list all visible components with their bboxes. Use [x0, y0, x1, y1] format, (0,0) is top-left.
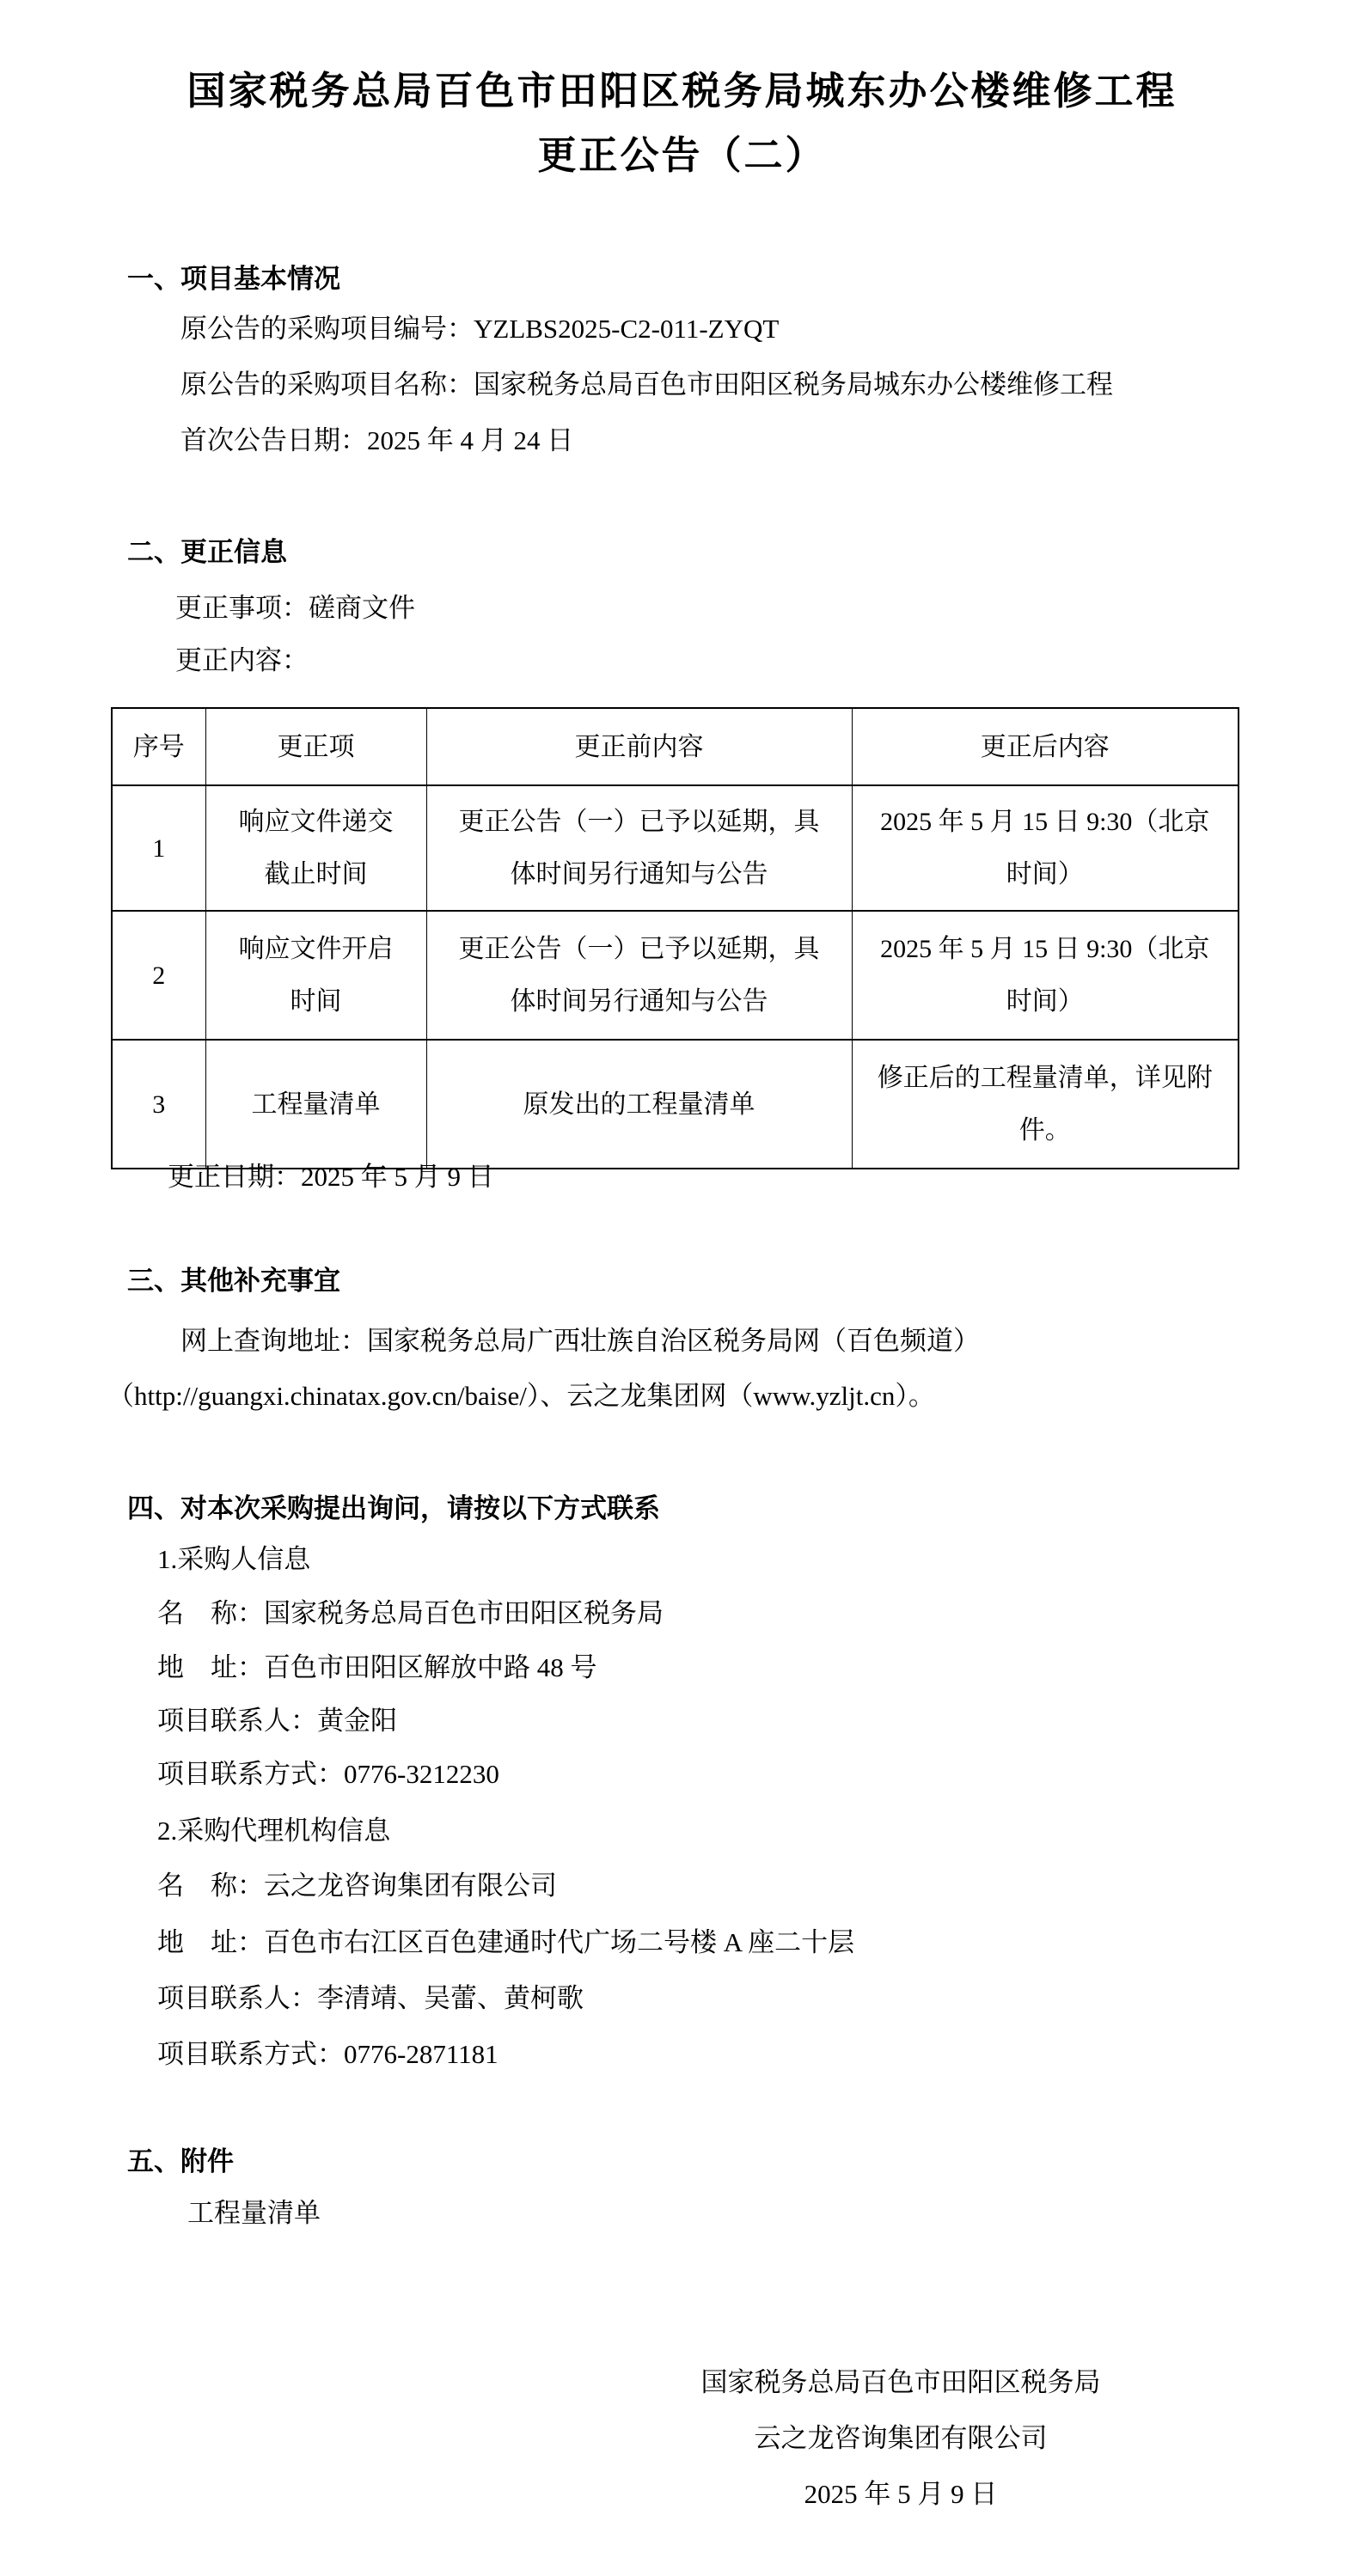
row3-item: 工程量清单	[205, 1040, 426, 1169]
section-1-heading: 一、项目基本情况	[127, 264, 340, 295]
original-project-name: 原公告的采购项目名称：国家税务总局百色市田阳区税务局城东办公楼维修工程	[180, 369, 1113, 400]
row2-after: 2025 年 5 月 15 日 9:30（北京 时间）	[852, 911, 1239, 1040]
section-3-heading: 三、其他补充事宜	[127, 1266, 340, 1297]
agency-address: 地 址：百色市右江区百色建通时代广场二号楼 A 座二十层	[157, 1927, 854, 1958]
original-project-number: 原公告的采购项目编号：YZLBS2025-C2-011-ZYQT	[180, 314, 779, 345]
table-header-row: 序号 更正项 更正前内容 更正后内容	[112, 708, 1239, 785]
table-row: 2 响应文件开启 时间 更正公告（一）已予以延期，具 体时间另行通知与公告 20…	[112, 911, 1239, 1040]
section-4-heading: 四、对本次采购提出询问，请按以下方式联系	[127, 1493, 660, 1524]
footer-agency-org: 云之龙咨询集团有限公司	[686, 2423, 1116, 2454]
col-header-seq: 序号	[112, 708, 205, 785]
col-header-after: 更正后内容	[852, 708, 1239, 785]
announcement-document: 国家税务总局百色市田阳区税务局城东办公楼维修工程 更正公告（二） 一、项目基本情…	[0, 0, 1364, 2576]
table-row: 1 响应文件递交 截止时间 更正公告（一）已予以延期，具 体时间另行通知与公告 …	[112, 785, 1239, 911]
col-header-before: 更正前内容	[426, 708, 852, 785]
online-query-address-line: 网上查询地址：国家税务总局广西壮族自治区税务局网（百色频道）	[180, 1326, 980, 1357]
document-title-line-1: 国家税务总局百色市田阳区税务局城东办公楼维修工程	[0, 72, 1364, 111]
query-url-line: （http://guangxi.chinatax.gov.cn/baise/）、…	[107, 1381, 935, 1412]
purchaser-address: 地 址：百色市田阳区解放中路 48 号	[157, 1652, 597, 1683]
document-title-line-2: 更正公告（二）	[0, 137, 1364, 175]
agency-contact: 项目联系人：李清靖、吴蕾、黄柯歌	[157, 1983, 584, 2014]
row1-before: 更正公告（一）已予以延期，具 体时间另行通知与公告	[426, 785, 852, 911]
row1-item: 响应文件递交 截止时间	[205, 785, 426, 911]
purchaser-info-title: 1.采购人信息	[157, 1544, 310, 1575]
table-row: 3 工程量清单 原发出的工程量清单 修正后的工程量清单，详见附 件。	[112, 1040, 1239, 1169]
footer-purchaser-org: 国家税务总局百色市田阳区税务局	[686, 2367, 1116, 2398]
row2-item: 响应文件开启 时间	[205, 911, 426, 1040]
row3-after: 修正后的工程量清单，详见附 件。	[852, 1040, 1239, 1169]
row1-seq: 1	[112, 785, 205, 911]
row3-seq: 3	[112, 1040, 205, 1169]
row2-seq: 2	[112, 911, 205, 1040]
correction-content-label: 更正内容：	[175, 645, 309, 676]
row1-after: 2025 年 5 月 15 日 9:30（北京 时间）	[852, 785, 1239, 911]
row2-before: 更正公告（一）已予以延期，具 体时间另行通知与公告	[426, 911, 852, 1040]
purchaser-name: 名 称：国家税务总局百色市田阳区税务局	[157, 1598, 664, 1629]
section-2-heading: 二、更正信息	[127, 537, 287, 568]
agency-info-title: 2.采购代理机构信息	[157, 1816, 390, 1847]
purchaser-phone: 项目联系方式：0776-3212230	[157, 1759, 499, 1790]
correction-item-line: 更正事项：磋商文件	[175, 593, 415, 624]
correction-table-wrapper: 序号 更正项 更正前内容 更正后内容 1 响应文件递交 截止时间 更正公告（一）…	[111, 676, 1239, 1200]
purchaser-contact: 项目联系人：黄金阳	[157, 1706, 397, 1737]
correction-date-line: 更正日期：2025 年 5 月 9 日	[168, 1162, 494, 1193]
attachment-name: 工程量清单	[187, 2198, 321, 2229]
row3-before: 原发出的工程量清单	[426, 1040, 852, 1169]
section-5-heading: 五、附件	[127, 2146, 234, 2177]
correction-table: 序号 更正项 更正前内容 更正后内容 1 响应文件递交 截止时间 更正公告（一）…	[111, 707, 1239, 1169]
col-header-item: 更正项	[205, 708, 426, 785]
first-announcement-date: 首次公告日期：2025 年 4 月 24 日	[180, 425, 573, 456]
footer-date: 2025 年 5 月 9 日	[686, 2479, 1116, 2510]
agency-name: 名 称：云之龙咨询集团有限公司	[157, 1871, 557, 1901]
agency-phone: 项目联系方式：0776-2871181	[157, 2039, 499, 2070]
